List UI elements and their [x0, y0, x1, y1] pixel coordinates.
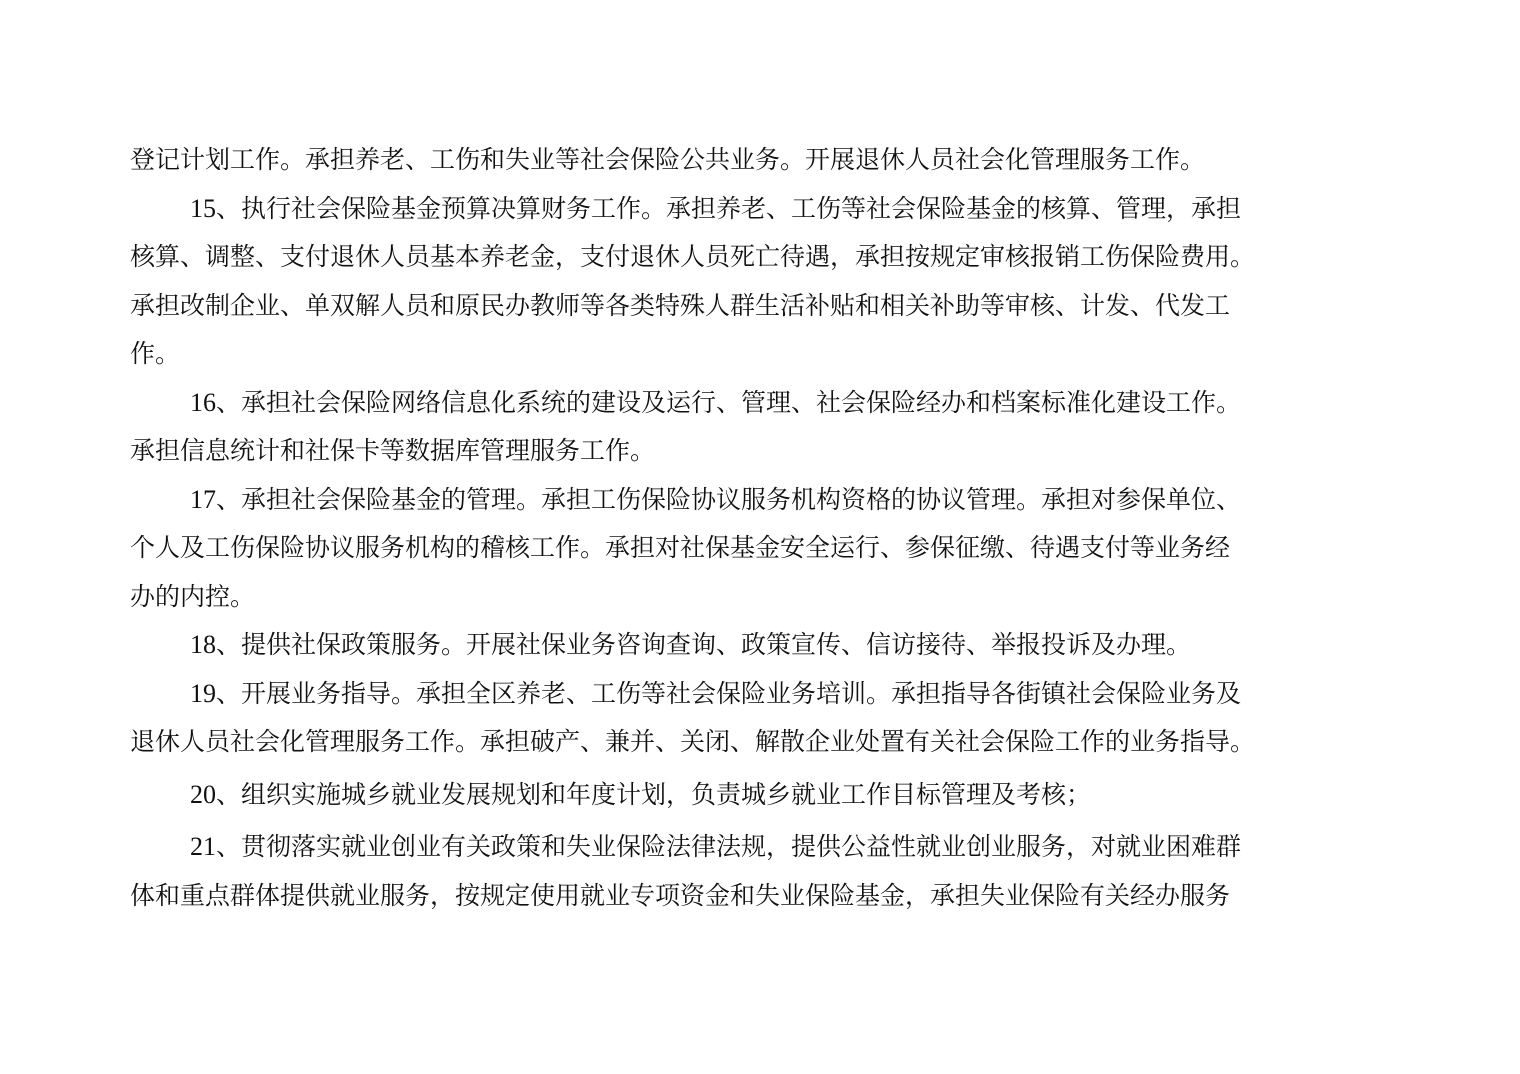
text-line: 体和重点群体提供就业服务，按规定使用就业专项资金和失业保险基金，承担失业保险有关… — [130, 872, 1392, 921]
item-number: 16 — [190, 379, 216, 428]
line-text: 体和重点群体提供就业服务，按规定使用就业专项资金和失业保险基金，承担失业保险有关… — [130, 872, 1230, 921]
item-number: 15 — [190, 185, 216, 234]
text-line: 个人及工伤保险协议服务机构的稽核工作。承担对社保基金安全运行、参保征缴、待遇支付… — [130, 524, 1392, 573]
text-line: 19、开展业务指导。承担全区养老、工伤等社会保险业务培训。承担指导各街镇社会保险… — [130, 670, 1392, 719]
text-line: 登记计划工作。承担养老、工伤和失业等社会保险公共业务。开展退休人员社会化管理服务… — [130, 136, 1392, 185]
item-number: 18 — [190, 621, 216, 670]
text-line: 核算、调整、支付退休人员基本养老金，支付退休人员死亡待遇，承担按规定审核报销工伤… — [130, 233, 1392, 282]
line-text: 个人及工伤保险协议服务机构的稽核工作。承担对社保基金安全运行、参保征缴、待遇支付… — [130, 524, 1230, 573]
line-text: 、组织实施城乡就业发展规划和年度计划，负责城乡就业工作目标管理及考核； — [216, 771, 1091, 820]
item-number: 21 — [190, 823, 216, 872]
item-number: 17 — [190, 476, 216, 525]
line-text: 登记计划工作。承担养老、工伤和失业等社会保险公共业务。开展退休人员社会化管理服务… — [130, 136, 1205, 185]
line-text: 办的内控。 — [130, 573, 255, 622]
paragraph-17: 17、承担社会保险基金的管理。承担工伤保险协议服务机构资格的协议管理。承担对参保… — [130, 476, 1392, 622]
text-line: 16、承担社会保险网络信息化系统的建设及运行、管理、社会保险经办和档案标准化建设… — [130, 379, 1392, 428]
item-number: 19 — [190, 670, 216, 719]
line-text: 承担改制企业、单双解人员和原民办教师等各类特殊人群生活补贴和相关补助等审核、计发… — [130, 282, 1230, 331]
text-line: 21、贯彻落实就业创业有关政策和失业保险法律法规，提供公益性就业创业服务，对就业… — [130, 823, 1392, 872]
text-line: 18、提供社保政策服务。开展社保业务咨询查询、政策宣传、信访接待、举报投诉及办理… — [130, 621, 1392, 670]
text-line: 承担改制企业、单双解人员和原民办教师等各类特殊人群生活补贴和相关补助等审核、计发… — [130, 282, 1392, 331]
line-text: 、承担社会保险基金的管理。承担工伤保险协议服务机构资格的协议管理。承担对参保单位… — [216, 476, 1241, 525]
text-line: 办的内控。 — [130, 573, 1392, 622]
line-text: 、执行社会保险基金预算决算财务工作。承担养老、工伤等社会保险基金的核算、管理，承… — [216, 185, 1241, 234]
line-text: 承担信息统计和社保卡等数据库管理服务工作。 — [130, 427, 655, 476]
text-line: 17、承担社会保险基金的管理。承担工伤保险协议服务机构资格的协议管理。承担对参保… — [130, 476, 1392, 525]
item-number: 20 — [190, 771, 216, 820]
text-line: 15、执行社会保险基金预算决算财务工作。承担养老、工伤等社会保险基金的核算、管理… — [130, 185, 1392, 234]
text-line: 20、组织实施城乡就业发展规划和年度计划，负责城乡就业工作目标管理及考核； — [130, 771, 1392, 820]
line-text: 、开展业务指导。承担全区养老、工伤等社会保险业务培训。承担指导各街镇社会保险业务… — [216, 670, 1241, 719]
line-text: 、贯彻落实就业创业有关政策和失业保险法律法规，提供公益性就业创业服务，对就业困难… — [216, 823, 1241, 872]
paragraph-19: 19、开展业务指导。承担全区养老、工伤等社会保险业务培训。承担指导各街镇社会保险… — [130, 670, 1392, 767]
text-line: 退休人员社会化管理服务工作。承担破产、兼并、关闭、解散企业处置有关社会保险工作的… — [130, 718, 1392, 767]
paragraph-16: 16、承担社会保险网络信息化系统的建设及运行、管理、社会保险经办和档案标准化建设… — [130, 379, 1392, 476]
line-text: 、提供社保政策服务。开展社保业务咨询查询、政策宣传、信访接待、举报投诉及办理。 — [216, 621, 1191, 670]
paragraph-14-continuation: 登记计划工作。承担养老、工伤和失业等社会保险公共业务。开展退休人员社会化管理服务… — [130, 136, 1392, 185]
line-text: 退休人员社会化管理服务工作。承担破产、兼并、关闭、解散企业处置有关社会保险工作的… — [130, 718, 1255, 767]
text-line: 作。 — [130, 330, 1392, 379]
document-page: 登记计划工作。承担养老、工伤和失业等社会保险公共业务。开展退休人员社会化管理服务… — [130, 136, 1392, 920]
line-text: 核算、调整、支付退休人员基本养老金，支付退休人员死亡待遇，承担按规定审核报销工伤… — [130, 233, 1255, 282]
text-line: 承担信息统计和社保卡等数据库管理服务工作。 — [130, 427, 1392, 476]
paragraph-21: 21、贯彻落实就业创业有关政策和失业保险法律法规，提供公益性就业创业服务，对就业… — [130, 823, 1392, 920]
line-text: 作。 — [130, 330, 180, 379]
line-text: 、承担社会保险网络信息化系统的建设及运行、管理、社会保险经办和档案标准化建设工作… — [216, 379, 1241, 428]
paragraph-15: 15、执行社会保险基金预算决算财务工作。承担养老、工伤等社会保险基金的核算、管理… — [130, 185, 1392, 379]
paragraph-20: 20、组织实施城乡就业发展规划和年度计划，负责城乡就业工作目标管理及考核； — [130, 771, 1392, 820]
paragraph-18: 18、提供社保政策服务。开展社保业务咨询查询、政策宣传、信访接待、举报投诉及办理… — [130, 621, 1392, 670]
